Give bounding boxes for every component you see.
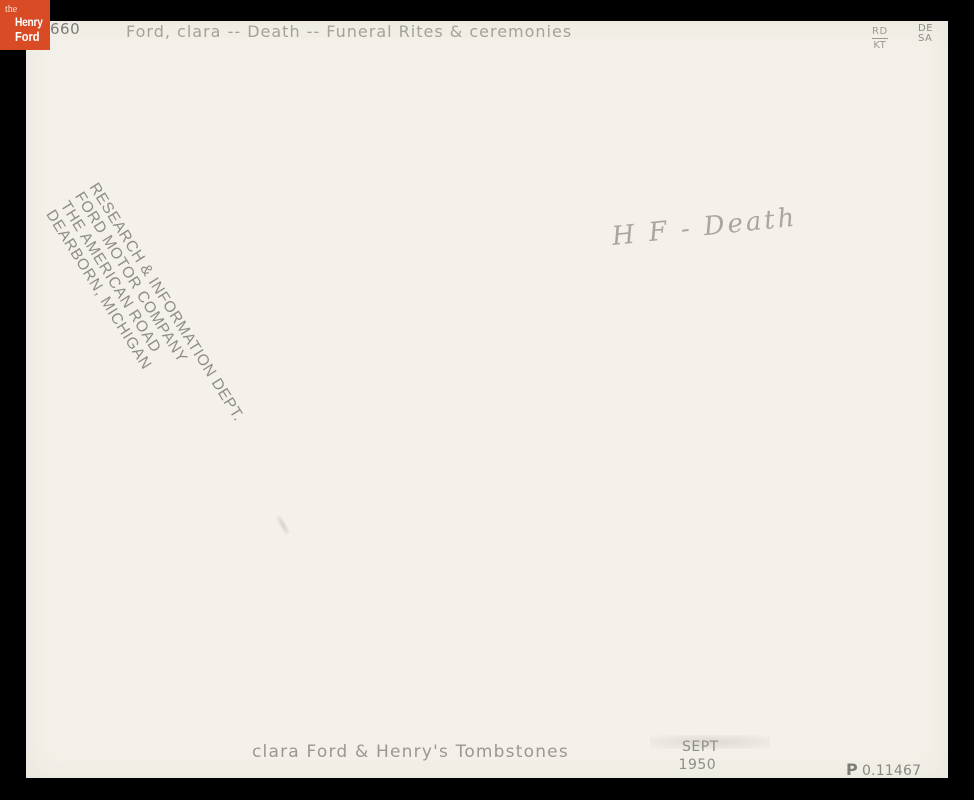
top-left-number: 660: [50, 20, 80, 38]
date-year: 1950: [679, 757, 717, 773]
accession-value: 0.11467: [862, 763, 921, 779]
top-caption: Ford, clara -- Death -- Funeral Rites & …: [126, 22, 572, 41]
date-month: SEPT: [682, 738, 719, 756]
accession-number: P0.11467: [846, 760, 921, 779]
the-henry-ford-logo[interactable]: the Henry Ford: [0, 0, 50, 50]
bottom-caption: clara Ford & Henry's Tombstones: [252, 742, 569, 762]
corner-mark-bottom: KT: [872, 40, 888, 51]
corner-mark-fraction: RD KT: [872, 26, 888, 51]
accession-prefix: P: [846, 760, 858, 779]
date-note: SEPT 1950: [676, 738, 719, 774]
logo-ford: Ford: [15, 30, 40, 43]
logo-the: the: [5, 5, 17, 15]
logo-henry: Henry: [15, 16, 43, 28]
corner-mark-initials: DE SA: [918, 24, 932, 44]
corner-mark-top: RD: [872, 26, 888, 37]
corner-mark-divider: [872, 38, 888, 39]
